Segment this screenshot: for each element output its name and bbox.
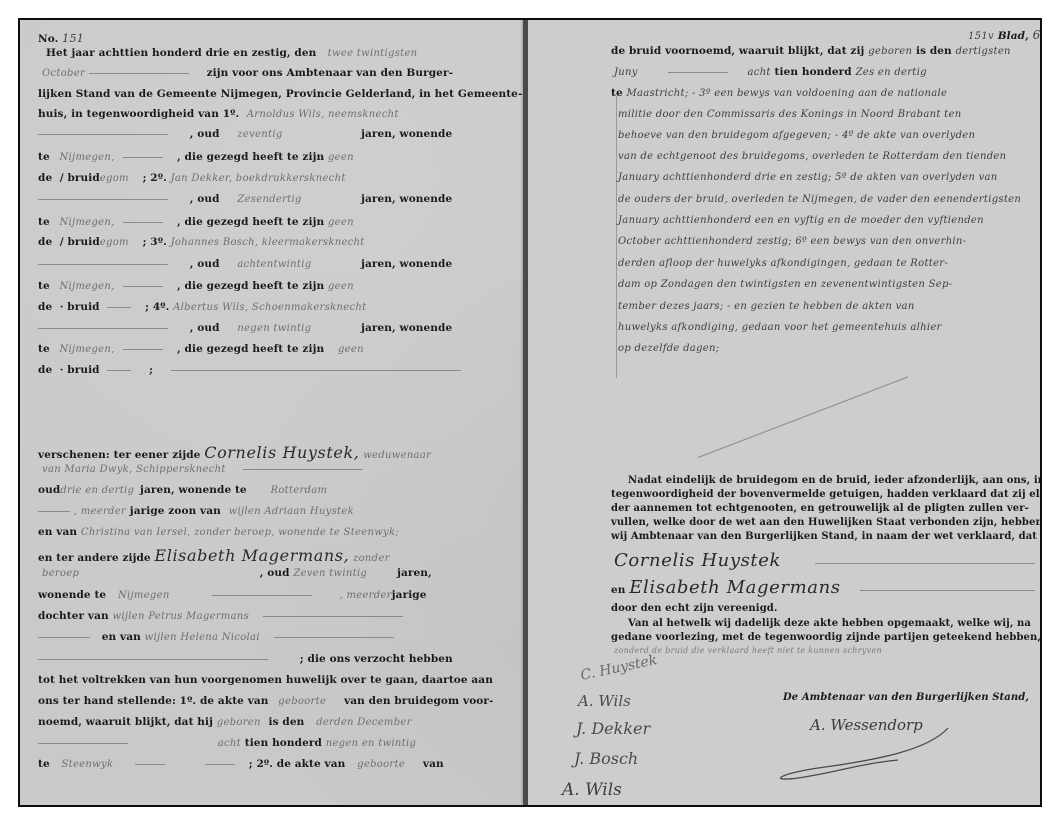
fill-rule (38, 659, 268, 660)
documents-line-3: noemd, waaruit blijkt, dat hij geboren i… (38, 716, 412, 728)
fill-rule (860, 590, 1035, 591)
fill-rule (123, 286, 163, 287)
groom-birth-place: Steenwyk (62, 759, 132, 770)
handwritten-line-5: behoeve van den bruidegom afgegeven; - 4… (618, 130, 975, 141)
groom-name: Cornelis Huystek (614, 550, 781, 571)
witness-3-age: achtentwintig (237, 259, 357, 270)
relation: geen (338, 344, 364, 355)
handwritten-line-9: January achttienhonderd een en vyftig en… (618, 215, 984, 226)
bride-father: wijlen Petrus Magermans (113, 611, 250, 622)
handwritten-text: , meerder (74, 506, 126, 517)
printed-text: de bruid voornoemd, waaruit blijkt, dat … (611, 45, 864, 57)
witness-2-residence: te Nijmegen, , die gezegd heeft te zijn … (38, 216, 354, 228)
printed-text: bruid (67, 172, 99, 184)
witness-1-residence: te Nijmegen, , die gezegd heeft te zijn … (38, 151, 354, 163)
fill-rule (38, 328, 168, 329)
bride-name: Elisabeth Magermans (629, 577, 840, 598)
handwritten-month: October (42, 68, 85, 79)
signature-witness-3: J. Bosch (574, 749, 638, 768)
printed-text: gedane voorlezing, met de tegenwoordig z… (611, 632, 1041, 643)
printed-text: jaren, wonende (361, 322, 452, 334)
bride-occupation-cont: beroep (42, 568, 256, 579)
line-1: Het jaar achttien honderd drie en zestig… (46, 47, 417, 59)
printed-text: ; die ons verzocht hebben (300, 653, 453, 665)
witness-2-age-line: , oud Zesendertig jaren, wonende (38, 193, 452, 205)
printed-text: , oud (190, 258, 220, 270)
place: Nijmegen, (60, 152, 120, 163)
line-3: lijken Stand van de Gemeente Nijmegen, P… (38, 88, 522, 100)
printed-text: tien honderd (775, 66, 852, 78)
fill-rule (38, 743, 128, 744)
fill-rule (123, 222, 163, 223)
printed-text: ; 2º. de akte van (249, 758, 346, 770)
handwritten-text: acht (218, 738, 241, 749)
bride-age: Zeven twintig (293, 568, 393, 579)
handwritten-line-15: op dezelfde dagen; (618, 343, 719, 354)
signature-groom: C. Huystek (579, 652, 658, 684)
declaration-line-5: wij Ambtenaar van den Burgerlijken Stand… (611, 531, 1037, 542)
number-label: No. (38, 33, 58, 45)
declaration-line-3: der aannemen tot echtgenooten, en getrou… (611, 503, 1029, 514)
signature-witness-4: A. Wils (562, 780, 622, 800)
handwritten-day: twee twintigsten (328, 48, 418, 59)
groom-mother-line: en van Christina van Iersel, zonder bero… (38, 526, 399, 538)
printed-text: tot het voltrekken van hun voorgenomen h… (38, 674, 493, 686)
fill-rule (668, 72, 728, 73)
witness-2-age: Zesendertig (237, 194, 357, 205)
groom-previous-spouse-occupation: van Maria Dwyk, Schippersknecht (42, 464, 226, 475)
witness-3-age-line: , oud achtentwintig jaren, wonende (38, 258, 452, 270)
printed-text: te (38, 151, 50, 163)
number-value: 151 (62, 32, 84, 45)
printed-text: te (38, 280, 50, 292)
line-4: huis, in tegenwoordigheid van 1º. Arnold… (38, 108, 399, 120)
relation: geen (328, 152, 354, 163)
handwritten-line-8: de ouders der bruid, overleden te Nijmeg… (618, 194, 1021, 205)
printed-text: tien honderd (245, 737, 322, 749)
act-number: No. 151 (38, 32, 84, 45)
printed-text: , die gezegd heeft te zijn (177, 343, 324, 355)
printed-text: , die gezegd heeft te zijn (177, 280, 324, 292)
printed-text: ; 3º. (143, 236, 167, 248)
printed-text: van den bruidegom voor- (344, 695, 493, 707)
fill-rule (38, 637, 90, 638)
printed-text: zijn voor ons Ambtenaar van den Burger- (207, 67, 453, 79)
printed-text: en ter andere zijde (38, 552, 151, 564)
printed-text: en (611, 584, 626, 596)
printed-text: verschenen: ter eener zijde (38, 449, 200, 461)
witness-1-name: Arnoldus Wils, neemsknecht (247, 109, 399, 120)
printed-text: lijken Stand van de Gemeente Nijmegen, P… (38, 88, 522, 100)
fill-rule (171, 370, 461, 371)
bride-name: Elisabeth Magermans, (154, 546, 349, 565)
closing-line-1: Van al hetwelk wij dadelijk deze akte he… (628, 618, 1031, 629)
declaration-line-4: vullen, welke door de wet aan den Huweli… (611, 517, 1042, 528)
handwritten-text: , meerder (340, 590, 392, 601)
documents-line-4: acht tien honderd negen en twintig (38, 737, 416, 749)
request-line: ; die ons verzocht hebben (38, 653, 453, 665)
bride-name-declared: en Elisabeth Magermans (611, 577, 1035, 598)
printed-text: bruid (67, 301, 99, 313)
place: Nijmegen, (60, 217, 120, 228)
groom-birth-year: negen en twintig (326, 738, 416, 749)
fill-rule (123, 157, 163, 158)
handwritten-line-13: tember dezes jaars; - en gezien te hebbe… (618, 301, 915, 312)
bride-occupation: zonder (353, 553, 390, 564)
bride-mother: wijlen Helena Nicolai (145, 632, 260, 643)
witness-1-relation-line: de / bruidegom ; 2º. Jan Dekker, boekdru… (38, 172, 346, 184)
place: Nijmegen, (60, 281, 120, 292)
printed-text: de (38, 172, 52, 184)
printed-text: jarige zoon van (130, 505, 221, 517)
bride-birth-month: Juny (614, 67, 664, 78)
witness-4-age-line: , oud negen twintig jaren, wonende (38, 322, 452, 334)
printed-text: is den (916, 45, 952, 57)
groom-residence: Rotterdam (270, 485, 327, 496)
relation: geen (328, 281, 354, 292)
printed-text: bruid (67, 364, 99, 376)
fill-rule (212, 595, 312, 596)
fill-rule (38, 511, 70, 512)
printed-text: , oud (190, 193, 220, 205)
signature-witness-1: A. Wils (578, 692, 631, 710)
fill-rule (135, 764, 165, 765)
witness-2-name: Jan Dekker, boekdrukkersknecht (171, 173, 346, 184)
handwritten-text: geboren (217, 717, 265, 728)
documents-line-5: te Steenwyk ; 2º. de akte van geboorte v… (38, 758, 444, 770)
fill-rule (38, 134, 168, 135)
printed-text: De Ambtenaar van den Burgerlijken Stand, (783, 692, 1029, 703)
printed-text: , die gezegd heeft te zijn (177, 151, 324, 163)
left-page: No. 151 Het jaar achttien honderd drie e… (20, 20, 523, 805)
handwritten-text: Maastricht; - 3º een bewys van voldoenin… (627, 88, 948, 99)
printed-text: , oud (260, 567, 290, 579)
handwritten-suffix: egom (100, 237, 129, 248)
groom-age-line: ouddrie en dertig jaren, wonende te Rott… (38, 484, 327, 496)
groom-father: wijlen Adriaan Huystek (229, 506, 354, 517)
handwritten-line-12: dam op Zondagen den twintigsten en zeven… (618, 279, 952, 290)
printed-text: jaren, (397, 567, 432, 579)
printed-text: huis, in tegenwoordigheid van 1º. (38, 108, 239, 120)
printed-text: wonende te (38, 589, 106, 601)
groom-name-declared: Cornelis Huystek (614, 550, 1035, 571)
handwritten-line-11: derden afloop der huwelyks afkondigingen… (618, 258, 948, 269)
printed-text: ; (149, 364, 153, 376)
documents-line-2: ons ter hand stellende: 1º. de akte van … (38, 695, 494, 707)
handwritten-line-4: militie door den Commissaris des Konings… (618, 109, 961, 120)
document-type: geboorte (278, 696, 340, 707)
fill-rule (263, 616, 403, 617)
printed-text: dochter van (38, 610, 109, 622)
fill-rule (815, 563, 1035, 564)
declaration-line-2: tegenwoordigheid der bovenvermelde getui… (611, 489, 1042, 500)
margin-rule (616, 96, 617, 378)
groom-name: Cornelis Huystek, (204, 443, 359, 462)
bride-residence: Nijmegen (118, 590, 208, 601)
bride-mother-line: en van wijlen Helena Nicolai (38, 631, 394, 643)
handwritten-line-7: January achttienhonderd drie en zestig; … (618, 172, 998, 183)
witness-4-residence: te Nijmegen, , die gezegd heeft te zijn … (38, 343, 364, 355)
witness-4-relation-line: de · bruid ; (38, 364, 461, 376)
witness-4-age: negen twintig (237, 323, 357, 334)
fill-rule (89, 73, 189, 74)
bride-age-line: beroep , oud Zeven twintig jaren, (42, 567, 432, 579)
closing-line-2: gedane voorlezing, met de tegenwoordig z… (611, 632, 1042, 643)
bride-father-line: dochter van wijlen Petrus Magermans (38, 610, 403, 622)
groom-birth-date: derden December (316, 717, 412, 728)
handwritten-text: acht (748, 67, 771, 78)
groom-mother: Christina van Iersel, zonder beroep, won… (81, 527, 399, 538)
handwritten-line-14: huwelyks afkondiging, gedaan voor het ge… (618, 322, 942, 333)
printed-text: de (38, 364, 52, 376)
printed-text: van (423, 758, 444, 770)
place: Nijmegen, (60, 344, 120, 355)
printed-text: bruid (67, 236, 99, 248)
fill-rule (243, 469, 363, 470)
strike-through-line (698, 376, 908, 458)
groom-status: weduwenaar (363, 450, 431, 461)
printed-text: en van (38, 526, 77, 538)
printed-text: is den (269, 716, 305, 728)
witness-3-relation-line: de · bruid ; 4º. Albertus Wils, Schoenma… (38, 301, 366, 313)
printed-text: jaren, wonende (361, 193, 452, 205)
witness-3-name: Johannes Bosch, kleermakersknecht (171, 237, 365, 248)
fill-rule (38, 264, 168, 265)
printed-text: te (38, 343, 50, 355)
signature-witness-2: J. Dekker (576, 719, 650, 738)
printed-text: jarige (392, 589, 427, 601)
groom-line: verschenen: ter eener zijde Cornelis Huy… (38, 443, 431, 462)
fill-rule (123, 349, 163, 350)
bride-line: en ter andere zijde Elisabeth Magermans,… (38, 546, 390, 565)
printed-text: jaren, wonende te (140, 484, 247, 496)
fill-rule (107, 307, 131, 308)
printed-text: te (38, 216, 50, 228)
printed-text: de (38, 301, 52, 313)
handwritten-text: geboren (868, 46, 912, 57)
printed-text: te (611, 87, 623, 99)
folio-header: 151v Blad, 6 (968, 28, 1041, 42)
document-scan: No. 151 Het jaar achttien honderd drie e… (18, 18, 1042, 807)
printed-text: jaren, wonende (361, 258, 452, 270)
document-type: geboorte (357, 759, 419, 770)
line-2: October zijn voor ons Ambtenaar van den … (42, 67, 453, 79)
fill-rule (205, 764, 235, 765)
line-5: , oud zeventig jaren, wonende (38, 128, 452, 140)
blad-label: Blad, (998, 30, 1029, 42)
blad-number: 6 (1033, 28, 1041, 42)
printed-text: ; 4º. (145, 301, 169, 313)
printed-text: , oud (190, 322, 220, 334)
fill-rule (107, 370, 131, 371)
bride-birth-year-line: Juny acht tien honderd Zes en dertig (614, 66, 927, 78)
bride-birth-line: de bruid voornoemd, waaruit blijkt, dat … (611, 45, 1011, 57)
groom-parents-line: , meerder jarige zoon van wijlen Adriaan… (38, 505, 354, 517)
handwritten-line-3: te Maastricht; - 3º een bewys van voldoe… (611, 87, 947, 99)
right-page: 151v Blad, 6 de bruid voornoemd, waaruit… (528, 20, 1040, 805)
printed-text: , oud (190, 128, 220, 140)
handwritten-line-10: October achttienhonderd zestig; 6º een b… (618, 236, 966, 247)
groom-age: drie en dertig (60, 485, 136, 496)
printed-text: oud (38, 484, 60, 496)
groom-line-2: van Maria Dwyk, Schippersknecht (42, 463, 363, 475)
witness-1-age: zeventig (237, 129, 357, 140)
printed-text: en van (102, 631, 141, 643)
handwritten-line-6: van de echtgenoot des bruidegoms, overle… (618, 151, 1006, 162)
united-line: door den echt zijn vereenigd. (611, 603, 777, 614)
bride-birth-year: Zes en dertig (855, 67, 926, 78)
registrar-title: De Ambtenaar van den Burgerlijken Stand, (783, 692, 1029, 703)
fill-rule (274, 637, 394, 638)
printed-text: noemd, waaruit blijkt, dat hij (38, 716, 213, 728)
witness-3-residence: te Nijmegen, , die gezegd heeft te zijn … (38, 280, 354, 292)
printed-text: ; 2º. (143, 172, 167, 184)
printed-text: ons ter hand stellende: 1º. de akte van (38, 695, 269, 707)
signature-flourish (758, 720, 958, 780)
printed-text: te (38, 758, 50, 770)
bride-residence-line: wonende te Nijmegen , meerderjarige (38, 589, 427, 601)
relation: geen (328, 217, 354, 228)
bride-birth-day: dertigsten (956, 46, 1011, 57)
printed-text: , die gezegd heeft te zijn (177, 216, 324, 228)
printed-text: Het jaar achttien honderd drie en zestig… (46, 47, 316, 59)
folio-number: 151v (968, 31, 994, 42)
printed-text: de (38, 236, 52, 248)
documents-line-1: tot het voltrekken van hun voorgenomen h… (38, 674, 493, 686)
witness-2-relation-line: de / bruidegom ; 3º. Johannes Bosch, kle… (38, 236, 365, 248)
printed-text: jaren, wonende (361, 128, 452, 140)
declaration-line-1: Nadat eindelijk de bruidegom en de bruid… (628, 475, 1042, 486)
fill-rule (38, 199, 168, 200)
witness-4-name: Albertus Wils, Schoenmakersknecht (173, 302, 366, 313)
handwritten-suffix: egom (100, 173, 129, 184)
